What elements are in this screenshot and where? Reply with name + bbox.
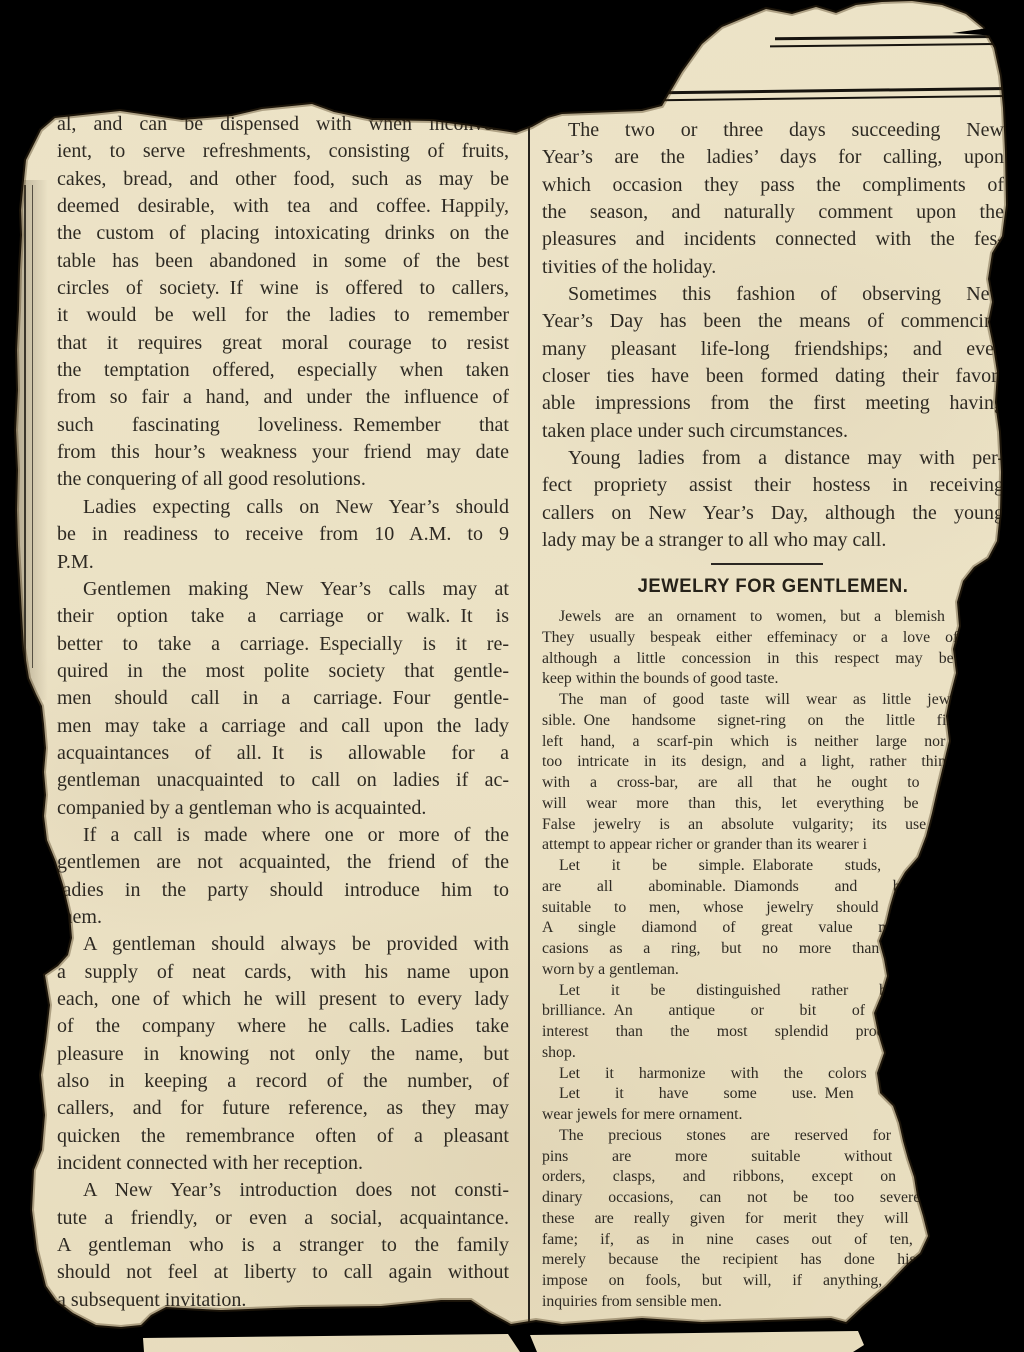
text-line: P.M. xyxy=(57,549,509,576)
left-margin-double-rule xyxy=(32,185,33,668)
text-line: pleasures and incidents connected with t… xyxy=(542,226,1004,253)
text-line: Year’s are the ladies’ days for calling,… xyxy=(542,144,1004,171)
text-line: be in readiness to receive from 10 A.M. … xyxy=(57,521,509,548)
text-line: Young ladies from a distance may with pe… xyxy=(542,445,1004,472)
text-line: also in keeping a record of the number, … xyxy=(57,1068,509,1095)
text-line: cakes, bread, and other food, such as ma… xyxy=(57,166,509,193)
column-divider-rule xyxy=(528,106,530,1324)
text-line: orders, clasps, and ribbons, except on o… xyxy=(542,1167,1004,1188)
text-line: shop. xyxy=(542,1043,1004,1064)
text-line: better to take a carriage. Especially is… xyxy=(57,631,509,658)
text-line: Year’s Day has been the means of commenc… xyxy=(542,308,1004,335)
text-line: False jewelry is an absolute vulgarity; … xyxy=(542,815,1004,836)
text-line: them. xyxy=(57,904,509,931)
text-line: such fascinating loveliness. Remember th… xyxy=(57,412,509,439)
text-line: incident connected with her reception. xyxy=(57,1150,509,1177)
text-line: quired in the most polite society that g… xyxy=(57,658,509,685)
text-line: merely because the recipient has done hi… xyxy=(542,1250,1004,1271)
top-right-rule xyxy=(775,35,1024,41)
text-line: the custom of placing intoxicating drink… xyxy=(57,220,509,247)
text-line: worn by a gentleman. xyxy=(542,960,1004,981)
text-line: Ladies expecting calls on New Year’s sho… xyxy=(57,494,509,521)
text-line: Let it have some use. Men should never, xyxy=(542,1084,1004,1105)
text-line: Let it be simple. Elaborate studs, sleev… xyxy=(542,856,1004,877)
text-line: al, and can be dispensed with when incon… xyxy=(57,111,509,138)
text-line: each, one of which he will present to ev… xyxy=(57,986,509,1013)
right-column-top-article: The two or three days succeeding NewYear… xyxy=(542,117,1004,555)
text-line: acquaintances of all. It is allowable fo… xyxy=(57,740,509,767)
text-line: ient, to serve refreshments, consisting … xyxy=(57,138,509,165)
text-line: casions as a ring, but no more than one … xyxy=(542,939,1004,960)
text-line: left hand, a scarf-pin which is neither … xyxy=(542,732,1004,753)
text-line: tute a friendly, or even a social, acqua… xyxy=(57,1205,509,1232)
left-text-column: al, and can be dispensed with when incon… xyxy=(57,111,509,1314)
text-line: inquiries from sensible men. xyxy=(542,1292,1004,1313)
text-line: a subsequent invitation. xyxy=(57,1287,509,1314)
text-line: A gentleman who is a stranger to the fam… xyxy=(57,1232,509,1259)
text-line: The two or three days succeeding New xyxy=(542,117,1004,144)
text-line: lady may be a stranger to all who may ca… xyxy=(542,527,1004,554)
text-line: it would be well for the ladies to remem… xyxy=(57,302,509,329)
text-line: brilliance. An antique or bit of old jew… xyxy=(542,1001,1004,1022)
text-line: men may take a carriage and call upon th… xyxy=(57,713,509,740)
paper-clipping: al, and can be dispensed with when incon… xyxy=(0,0,1024,1352)
text-line: closer ties have been formed dating thei… xyxy=(542,363,1004,390)
text-line: will wear more than this, let everything… xyxy=(542,794,1004,815)
text-line: Jewels are an ornament to women, but a b… xyxy=(542,607,1004,628)
text-line: The man of good taste will wear as littl… xyxy=(542,690,1004,711)
text-line: deemed desirable, with tea and coffee. H… xyxy=(57,193,509,220)
section-heading: JEWELRY FOR GENTLEMEN. xyxy=(549,576,997,598)
top-right-rule xyxy=(663,87,1024,95)
text-line: from this hour’s weakness your friend ma… xyxy=(57,439,509,466)
text-line: men should call in a carriage. Four gent… xyxy=(57,685,509,712)
text-line: interest than the most splendid producti… xyxy=(542,1022,1004,1043)
text-line: companied by a gentleman who is acquaint… xyxy=(57,795,509,822)
text-line: that it requires great moral courage to … xyxy=(57,330,509,357)
text-line: which occasion they pass the compliments… xyxy=(542,172,1004,199)
text-line: from so fair a hand, and under the influ… xyxy=(57,384,509,411)
text-line: although a little concession in this res… xyxy=(542,649,1004,670)
text-line: should not feel at liberty to call again… xyxy=(57,1259,509,1286)
text-line: able impressions from the first meeting … xyxy=(542,390,1004,417)
text-line: impose on fools, but will, if anything, … xyxy=(542,1271,1004,1292)
text-line: gentlemen are not acquainted, the friend… xyxy=(57,849,509,876)
text-line: A gentleman should always be provided wi… xyxy=(57,931,509,958)
text-line: a supply of neat cards, with his name up… xyxy=(57,959,509,986)
text-line: fame; if, as in nine cases out of ten, t… xyxy=(542,1230,1004,1251)
text-line: keep within the bounds of good taste. xyxy=(542,669,1004,690)
text-line: the conquering of all good resolutions. xyxy=(57,466,509,493)
text-line: the temptation offered, especially when … xyxy=(57,357,509,384)
text-line: too intricate in its design, and a light… xyxy=(542,752,1004,773)
text-line: A single diamond of great value may be w… xyxy=(542,918,1004,939)
text-line: taken place under such circumstances. xyxy=(542,418,1004,445)
text-line: The precious stones are reserved for lad… xyxy=(542,1126,1004,1147)
text-line: are all abominable. Diamonds and brillia… xyxy=(542,877,1004,898)
text-line: sible. One handsome signet-ring on the l… xyxy=(542,711,1004,732)
left-margin-double-rule xyxy=(24,185,26,668)
text-line: of the company where he calls. Ladies ta… xyxy=(57,1013,509,1040)
text-line: A New Year’s introduction does not const… xyxy=(57,1177,509,1204)
text-line: ladies in the party should introduce him… xyxy=(57,877,509,904)
jewelry-article: Jewels are an ornament to women, but a b… xyxy=(542,607,1004,1313)
scanned-page: al, and can be dispensed with when incon… xyxy=(0,0,1024,1352)
text-line: circles of society. If wine is offered t… xyxy=(57,275,509,302)
text-line: dinary occasions, can not be too severel… xyxy=(542,1188,1004,1209)
text-line: wear jewels for mere ornament. xyxy=(542,1105,1004,1126)
text-line: attempt to appear richer or grander than… xyxy=(542,835,1004,856)
text-line: these are really given for merit they wi… xyxy=(542,1209,1004,1230)
left-gutter-shadow xyxy=(14,180,48,700)
text-line: Gentlemen making New Year’s calls may at xyxy=(57,576,509,603)
text-line: fect propriety assist their hostess in r… xyxy=(542,472,1004,499)
text-line: table has been abandoned in some of the … xyxy=(57,248,509,275)
text-line: callers, and for future reference, as th… xyxy=(57,1095,509,1122)
text-line: tivities of the holiday. xyxy=(542,254,1004,281)
text-line: many pleasant life-long friendships; and… xyxy=(542,336,1004,363)
section-divider-rule xyxy=(711,563,823,566)
text-line: the season, and naturally comment upon t… xyxy=(542,199,1004,226)
text-line: with a cross-bar, are all that he ought … xyxy=(542,773,1004,794)
text-line: gentleman unacquainted to call on ladies… xyxy=(57,767,509,794)
text-line: They usually bespeak either effeminacy o… xyxy=(542,628,1004,649)
text-line: callers on New Year’s Day, although the … xyxy=(542,500,1004,527)
text-line: If a call is made where one or more of t… xyxy=(57,822,509,849)
text-line: pins are more suitable without them. The xyxy=(542,1147,1004,1168)
right-text-column: The two or three days succeeding NewYear… xyxy=(542,117,1004,1313)
text-line: Let it harmonize with the colors of your… xyxy=(542,1064,1004,1085)
top-right-rule xyxy=(660,94,1024,100)
text-line: their option take a carriage or walk. It… xyxy=(57,603,509,630)
text-line: pleasure in knowing not only the name, b… xyxy=(57,1041,509,1068)
text-line: quicken the remembrance often of a pleas… xyxy=(57,1123,509,1150)
text-line: Let it be distinguished rather by its cu… xyxy=(542,981,1004,1002)
text-line: suitable to men, whose jewelry should ne… xyxy=(542,898,1004,919)
text-line: Sometimes this fashion of observing New xyxy=(542,281,1004,308)
top-right-rule xyxy=(770,43,1024,47)
